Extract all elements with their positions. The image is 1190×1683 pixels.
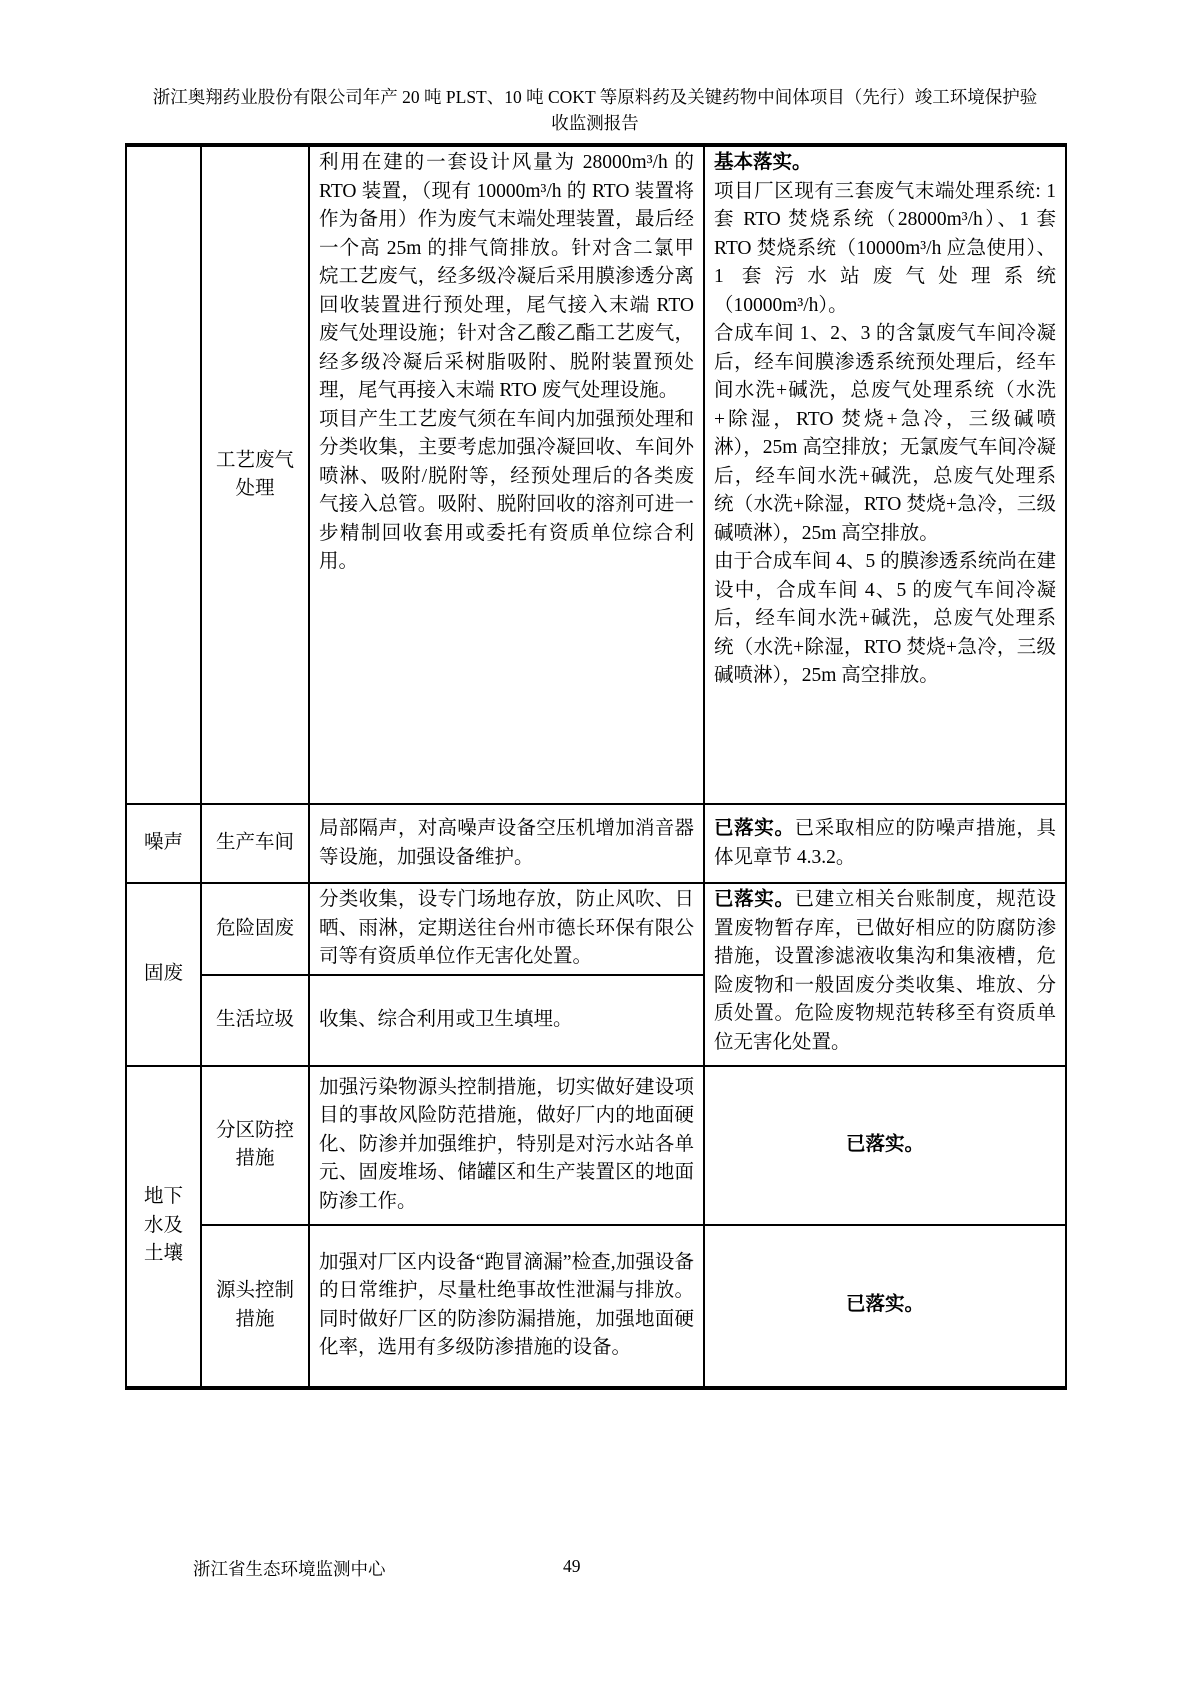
requirement-paragraph: 项目产生工艺废气须在车间内加强预处理和分类收集，主要考虑加强冷凝回收、车间外喷淋… <box>319 406 694 577</box>
item-cell-waste-gas-treatment: 工艺废气处理 <box>201 145 309 804</box>
requirement-text: 加强污染物源头控制措施，切实做好建设项目的事故风险防范措施，做好厂内的地面硬化、… <box>319 1077 694 1212</box>
item-cell-domestic-garbage: 生活垃圾 <box>201 975 309 1066</box>
item-cell-production-workshop: 生产车间 <box>201 804 309 883</box>
item-cell-source-control: 源头控制措施 <box>201 1225 309 1388</box>
requirement-cell-waste-gas: 利用在建的一套设计风量为 28000m³/h 的 RTO 装置，（现有 1000… <box>309 145 704 804</box>
page-header: 浙江奥翔药业股份有限公司年产 20 吨 PLST、10 吨 COKT 等原料药及… <box>150 84 1040 144</box>
implementation-paragraph: 项目厂区现有三套废气末端处理系统: 1 套 RTO 焚烧系统（28000m³/h… <box>714 178 1056 321</box>
monitoring-table: 工艺废气处理 利用在建的一套设计风量为 28000m³/h 的 RTO 装置，（… <box>125 143 1067 1390</box>
requirement-paragraph: 利用在建的一套设计风量为 28000m³/h 的 RTO 装置，（现有 1000… <box>319 149 694 406</box>
category-cell-solid-waste: 固废 <box>126 883 201 1066</box>
footer-page-number: 49 <box>563 1556 581 1577</box>
item-cell-hazardous-waste: 危险固废 <box>201 883 309 975</box>
implementation-cell-source-control: 已落实。 <box>704 1225 1066 1388</box>
footer-organization: 浙江省生态环境监测中心 <box>193 1556 386 1581</box>
category-cell-empty <box>126 145 201 804</box>
implementation-cell-waste-gas: 基本落实。 项目厂区现有三套废气末端处理系统: 1 套 RTO 焚烧系统（280… <box>704 145 1066 804</box>
requirement-text: 加强对厂区内设备“跑冒滴漏”检查,加强设备的日常维护，尽量杜绝事故性泄漏与排放。… <box>319 1252 694 1359</box>
table-row-noise: 噪声 生产车间 局部隔声，对高噪声设备空压机增加消音器等设施，加强设备维护。 已… <box>126 804 1066 883</box>
requirement-cell-domestic-garbage: 收集、综合利用或卫生填埋。 <box>309 975 704 1066</box>
requirement-cell-hazardous-waste: 分类收集，设专门场地存放，防止风吹、日晒、雨淋，定期送往台州市德长环保有限公司等… <box>309 883 704 975</box>
category-cell-noise: 噪声 <box>126 804 201 883</box>
page-footer: 浙江省生态环境监测中心 49 <box>0 1556 1190 1586</box>
requirement-cell-zoning-control: 加强污染物源头控制措施，切实做好建设项目的事故风险防范措施，做好厂内的地面硬化、… <box>309 1066 704 1225</box>
implementation-cell-solid-waste: 已落实。已建立相关台账制度，规范设置废物暂存库，已做好相应的防腐防渗措施，设置渗… <box>704 883 1066 1066</box>
table-row-waste-gas: 工艺废气处理 利用在建的一套设计风量为 28000m³/h 的 RTO 装置，（… <box>126 145 1066 804</box>
table-row-source-control: 源头控制措施 加强对厂区内设备“跑冒滴漏”检查,加强设备的日常维护，尽量杜绝事故… <box>126 1225 1066 1388</box>
category-cell-groundwater-soil: 地下水及土壤 <box>126 1066 201 1388</box>
implementation-cell-noise: 已落实。已采取相应的防噪声措施，具体见章节 4.3.2。 <box>704 804 1066 883</box>
requirement-text: 分类收集，设专门场地存放，防止风吹、日晒、雨淋，定期送往台州市德长环保有限公司等… <box>319 889 694 967</box>
implementation-verdict: 已落实。 <box>714 889 795 910</box>
item-cell-zoning-control: 分区防控措施 <box>201 1066 309 1225</box>
implementation-paragraph: 合成车间 1、2、3 的含氯废气车间冷凝后，经车间膜渗透系统预处理后，经车间水洗… <box>714 320 1056 548</box>
table-row-zoning-control: 地下水及土壤 分区防控措施 加强污染物源头控制措施，切实做好建设项目的事故风险防… <box>126 1066 1066 1225</box>
requirement-text: 局部隔声，对高噪声设备空压机增加消音器等设施，加强设备维护。 <box>319 818 694 868</box>
implementation-verdict: 基本落实。 <box>714 149 1056 178</box>
requirement-cell-source-control: 加强对厂区内设备“跑冒滴漏”检查,加强设备的日常维护，尽量杜绝事故性泄漏与排放。… <box>309 1225 704 1388</box>
implementation-cell-zoning-control: 已落实。 <box>704 1066 1066 1225</box>
requirement-text: 收集、综合利用或卫生填埋。 <box>319 1009 573 1030</box>
document-title: 浙江奥翔药业股份有限公司年产 20 吨 PLST、10 吨 COKT 等原料药及… <box>153 87 1037 133</box>
table-row-hazardous-waste: 固废 危险固废 分类收集，设专门场地存放，防止风吹、日晒、雨淋，定期送往台州市德… <box>126 883 1066 975</box>
requirement-cell-noise: 局部隔声，对高噪声设备空压机增加消音器等设施，加强设备维护。 <box>309 804 704 883</box>
implementation-detail: 已建立相关台账制度，规范设置废物暂存库，已做好相应的防腐防渗措施，设置渗滤液收集… <box>714 889 1056 1053</box>
implementation-paragraph: 由于合成车间 4、5 的膜渗透系统尚在建设中，合成车间 4、5 的废气车间冷凝后… <box>714 548 1056 691</box>
implementation-verdict: 已落实。 <box>714 818 795 839</box>
